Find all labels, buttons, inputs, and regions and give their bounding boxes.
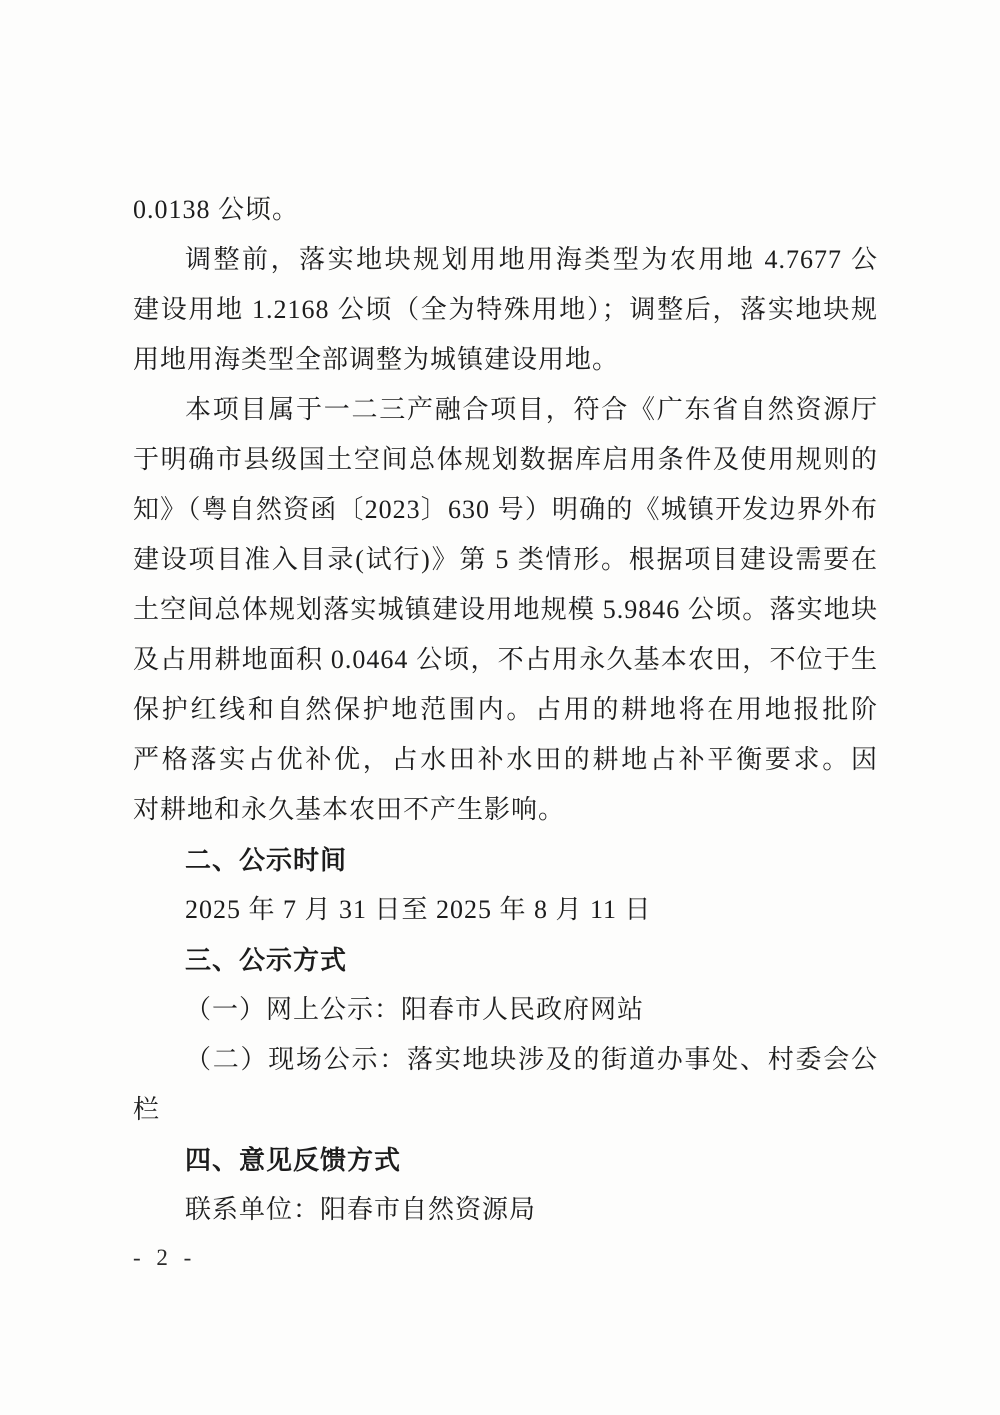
section-heading-publicity-time: 二、公示时间 bbox=[133, 835, 878, 885]
intro-line-7: 知》（粤自然资函〔2023〕630 号）明确的《城镇开发边界外布局 bbox=[133, 485, 878, 535]
intro-line-3: 建设用地 1.2168 公顷（全为特殊用地）；调整后，落实地块规划 bbox=[133, 285, 878, 335]
scanned-document-page: 0.0138 公顷。 调整前，落实地块规划用地用海类型为农用地 4.7677 公… bbox=[0, 0, 1000, 1415]
intro-line-8: 建设项目准入目录(试行)》第 5 类情形。根据项目建设需要在国 bbox=[133, 535, 878, 585]
intro-line-2: 调整前，落实地块规划用地用海类型为农用地 4.7677 公顷， bbox=[133, 235, 878, 285]
publicity-period: 2025 年 7 月 31 日至 2025 年 8 月 11 日 bbox=[133, 885, 878, 935]
intro-line-6: 于明确市县级国土空间总体规划数据库启用条件及使用规则的通 bbox=[133, 435, 878, 485]
document-body: 0.0138 公顷。 调整前，落实地块规划用地用海类型为农用地 4.7677 公… bbox=[133, 185, 878, 1235]
intro-line-13: 对耕地和永久基本农田不产生影响。 bbox=[133, 785, 878, 835]
feedback-contact-unit: 联系单位：阳春市自然资源局 bbox=[133, 1185, 878, 1235]
publicity-method-onsite-line1: （二）现场公示：落实地块涉及的街道办事处、村委会公示 bbox=[133, 1035, 878, 1085]
section-heading-feedback: 四、意见反馈方式 bbox=[133, 1135, 878, 1185]
publicity-method-online: （一）网上公示：阳春市人民政府网站 bbox=[133, 985, 878, 1035]
intro-line-12: 严格落实占优补优，占水田补水田的耕地占补平衡要求。因此， bbox=[133, 735, 878, 785]
intro-line-4: 用地用海类型全部调整为城镇建设用地。 bbox=[133, 335, 878, 385]
page-number: - 2 - bbox=[133, 1243, 196, 1273]
intro-line-5: 本项目属于一二三产融合项目，符合《广东省自然资源厅关 bbox=[133, 385, 878, 435]
intro-line-1: 0.0138 公顷。 bbox=[133, 185, 878, 235]
intro-line-10: 及占用耕地面积 0.0464 公顷，不占用永久基本农田，不位于生态 bbox=[133, 635, 878, 685]
intro-line-11: 保护红线和自然保护地范围内。占用的耕地将在用地报批阶段， bbox=[133, 685, 878, 735]
intro-line-9: 土空间总体规划落实城镇建设用地规模 5.9846 公顷。落实地块涉 bbox=[133, 585, 878, 635]
publicity-method-onsite-line2: 栏 bbox=[133, 1085, 878, 1135]
section-heading-publicity-method: 三、公示方式 bbox=[133, 935, 878, 985]
